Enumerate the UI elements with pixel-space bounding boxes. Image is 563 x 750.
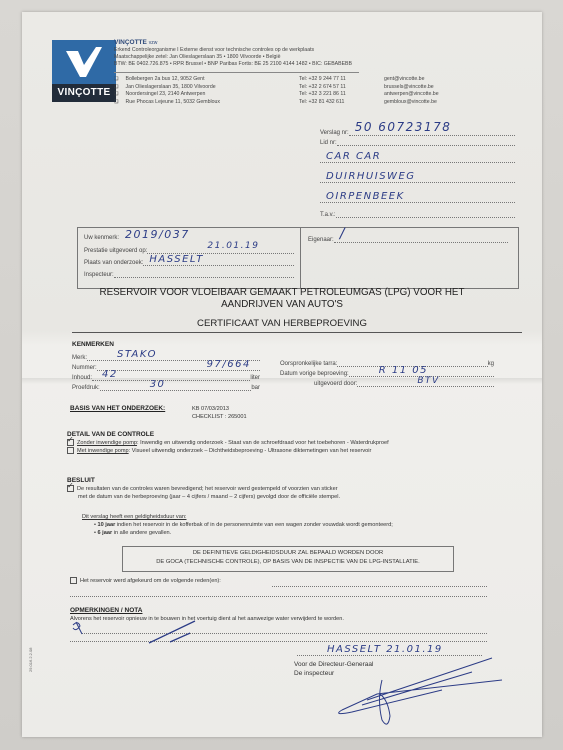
office-address: Jan Olieslagerslaan 35, 1800 Vilvoorde (114, 84, 299, 92)
office-row: Noordersingel 23, 2140 AntwerpenTel: +32… (114, 91, 439, 99)
office-email: gent@vincotte.be (384, 76, 424, 84)
handwritten-slash (147, 617, 207, 647)
detail-heading: DETAIL VAN DE CONTROLE (67, 431, 154, 438)
verslag-field: Verslag nr: 50 60723178 (320, 127, 515, 136)
recipient-city: OIRPENBEEK (326, 191, 405, 202)
office-row: Bollebergen 2a bus 12, 9052 GentTel: +32… (114, 76, 439, 84)
checkmark-icon (52, 40, 116, 84)
company-line-1: Erkend Controleorganisme I Externe diens… (114, 47, 534, 54)
proefdruk-label: Proefdruk: (72, 385, 100, 391)
option-2-label: Met inwendige pomp (77, 448, 129, 454)
proefdruk-value: 30 (150, 379, 166, 390)
info-box: Uw kenmerk: 2019/037 Prestatie uitgevoer… (77, 227, 519, 289)
rejected-dotline (70, 595, 487, 597)
inhoud-field: Inhoud: 42 liter (72, 372, 260, 381)
lid-label: Lid nr: (320, 140, 337, 146)
prestatie-field: Prestatie uitgevoerd op: 21.01.19 (84, 245, 294, 254)
office-address: Bollebergen 2a bus 12, 9052 Gent (114, 76, 299, 84)
validity-intro: Dit verslag heeft een geldigheidsduur va… (82, 513, 393, 521)
bullet-1-text: indien het reservoir in de kofferbak of … (115, 522, 393, 528)
recipient-name: CAR CAR (326, 151, 381, 162)
validity-bullet-2: • 6 jaar in alle andere gevallen. (82, 529, 393, 537)
title-line-1: RESERVOIR VOOR VLOEIBAAR GEMAAKT PETROLE… (52, 287, 512, 299)
title-rule (72, 332, 522, 333)
merk-label: Merk: (72, 355, 87, 361)
option-1-text: : Inwendig en uitwendig onderzoek - Staa… (137, 440, 389, 446)
info-box-divider (300, 228, 301, 288)
company-name: VINÇOTTE vzw (114, 39, 534, 47)
inhoud-value: 42 (102, 369, 118, 380)
inhoud-unit: liter (250, 375, 260, 381)
vincotte-logo: VINÇOTTE (52, 40, 116, 102)
basis-checklist: CHECKLIST : 265001 (192, 413, 247, 421)
recipient-name-line: CAR CAR (320, 154, 515, 163)
vorige-beproeving-label: Datum vorige beproeving: (280, 371, 349, 377)
proefdruk-field: Proefdruk: 30 bar (72, 382, 260, 391)
lid-field: Lid nr: (320, 137, 515, 146)
certificate-document: VINÇOTTE VINÇOTTE vzw Erkend Controleorg… (22, 12, 542, 737)
certificate-title: CERTIFICAAT VAN HERBEPROEVING (52, 318, 512, 329)
plaats-label: Plaats van onderzoek: (84, 260, 143, 266)
company-line-2: Maatschappelijke zetel: Jan Olieslagersl… (114, 54, 534, 61)
office-email: gembloux@vincotte.be (384, 99, 437, 107)
form-code: 29.016.2.2.08 (28, 648, 33, 672)
nummer-value: 97/664 (207, 359, 251, 370)
inspecteur-field: Inspecteur: (84, 269, 294, 278)
plaats-field: Plaats van onderzoek: HASSELT (84, 257, 294, 266)
rejected-dotline (272, 585, 487, 587)
office-address: Rue Phocas Lejeune 11, 5032 Gembloux (114, 99, 299, 107)
kenmerk-label: Uw kenmerk: (84, 235, 119, 241)
tarra-unit: kg (488, 361, 494, 367)
verslag-value: 50 60723178 (355, 120, 452, 134)
company-name-text: VINÇOTTE (114, 39, 147, 46)
vorige-beproeving-field: Datum vorige beproeving: R 11 05 (280, 368, 494, 377)
kenmerk-value: 2019/037 (125, 228, 190, 241)
detail-option-2: Met inwendige pomp: Visueel uitwendig on… (67, 447, 371, 455)
eigenaar-label: Eigenaar: (308, 237, 334, 243)
office-tel: Tel: +32 2 674 57 11 (299, 84, 384, 92)
option-1-label: Zonder inwendige pomp (77, 440, 137, 446)
basis-details: KB 07/03/2013 CHECKLIST : 265001 (192, 405, 247, 421)
validity-bullet-1: • 10 jaar indien het reservoir in de kof… (82, 521, 393, 529)
detail-option-1: ✓Zonder inwendige pomp: Inwendig en uitw… (67, 439, 389, 447)
logo-text: VINÇOTTE (52, 84, 116, 102)
tav-label: T.a.v.: (320, 212, 336, 218)
vorige-beproeving-value: R 11 05 (379, 365, 428, 376)
inhoud-label: Inhoud: (72, 375, 92, 381)
office-row: Jan Olieslagerslaan 35, 1800 VilvoordeTe… (114, 84, 439, 92)
besluit-checkbox[interactable]: ✓ (67, 485, 74, 492)
rejected-field: Het reservoir werd afgekeurd om de volge… (70, 577, 221, 585)
office-tel: Tel: +32 3 221 86 11 (299, 91, 384, 99)
validity-notice-box: DE DEFINITIEVE GELDIGHEIDSDUUR ZAL BEPAA… (122, 546, 454, 572)
inspector-signature (322, 650, 522, 730)
uitgevoerd-door-field: uitgevoerd door: BTV (314, 378, 494, 387)
notice-line-2: DE GOCA (TECHNISCHE CONTROLE), OP BASIS … (123, 558, 453, 567)
nummer-label: Nummer: (72, 365, 97, 371)
title-line-2: AANDRIJVEN VAN AUTO'S (52, 299, 512, 311)
option-2-text: : Visueel uitwendig onderzoek – Dichthei… (129, 448, 372, 454)
company-info: VINÇOTTE vzw Erkend Controleorganisme I … (114, 39, 534, 68)
besluit-line-1: De resultaten van de controles waren bev… (77, 486, 338, 492)
uitgevoerd-door-label: uitgevoerd door: (314, 381, 357, 387)
company-line-3: BTW: BE 0402.726.875 • RPR Brussel • BNP… (114, 61, 534, 68)
eigenaar-field: Eigenaar: / (308, 234, 508, 243)
recipient-city-line: OIRPENBEEK (320, 194, 515, 203)
recipient-street: DUIRHUISWEG (326, 171, 416, 182)
basis-kb: KB 07/03/2013 (192, 405, 247, 413)
prestatie-value: 21.01.19 (207, 241, 259, 251)
office-tel: Tel: +32 9 244 77 11 (299, 76, 384, 84)
company-suffix: vzw (149, 40, 158, 46)
validity-block: Dit verslag heeft een geldigheidsduur va… (82, 513, 393, 537)
besluit-text: ✓De resultaten van de controles waren be… (67, 485, 340, 501)
eigenaar-value: / (340, 226, 346, 242)
proefdruk-unit: bar (251, 385, 260, 391)
basis-heading: BASIS VAN HET ONDERZOEK: (70, 405, 165, 412)
tav-field: T.a.v.: (320, 209, 515, 218)
bullet-2-bold: 6 jaar (98, 530, 113, 536)
office-email: antwerpen@vincotte.be (384, 91, 439, 99)
uitgevoerd-door-value: BTV (417, 376, 439, 386)
inspecteur-label: Inspecteur: (84, 272, 114, 278)
merk-value: STAKO (117, 349, 157, 360)
option-1-checkbox[interactable]: ✓ (67, 439, 74, 446)
kenmerken-heading: KENMERKEN (72, 341, 114, 348)
rejected-checkbox[interactable] (70, 577, 77, 584)
bullet-2-text: in alle andere gevallen. (112, 530, 171, 536)
bullet-1-bold: 10 jaar (98, 522, 116, 528)
office-list: Bollebergen 2a bus 12, 9052 GentTel: +32… (114, 76, 439, 106)
office-row: Rue Phocas Lejeune 11, 5032 GemblouxTel:… (114, 99, 439, 107)
office-address: Noordersingel 23, 2140 Antwerpen (114, 91, 299, 99)
nummer-field: Nummer: 97/664 (72, 362, 260, 371)
kenmerk-field: Uw kenmerk: 2019/037 (84, 233, 294, 241)
verslag-label: Verslag nr: (320, 130, 349, 136)
header-rule (114, 72, 359, 73)
besluit-line-2: met de datum van de herbeproeving (jaar … (67, 493, 340, 501)
document-title: RESERVOIR VOOR VLOEIBAAR GEMAAKT PETROLE… (52, 287, 512, 311)
rejected-label: Het reservoir werd afgekeurd om de volge… (80, 578, 221, 584)
office-tel: Tel: +32 81 432 611 (299, 99, 384, 107)
option-2-checkbox[interactable] (67, 447, 74, 454)
prestatie-label: Prestatie uitgevoerd op: (84, 248, 147, 254)
tarra-label: Oorspronkelijke tarra: (280, 361, 337, 367)
notice-line-1: DE DEFINITIEVE GELDIGHEIDSDUUR ZAL BEPAA… (123, 549, 453, 558)
plaats-value: HASSELT (149, 254, 204, 265)
recipient-street-line: DUIRHUISWEG (320, 174, 515, 183)
office-email: brussels@vincotte.be (384, 84, 434, 92)
